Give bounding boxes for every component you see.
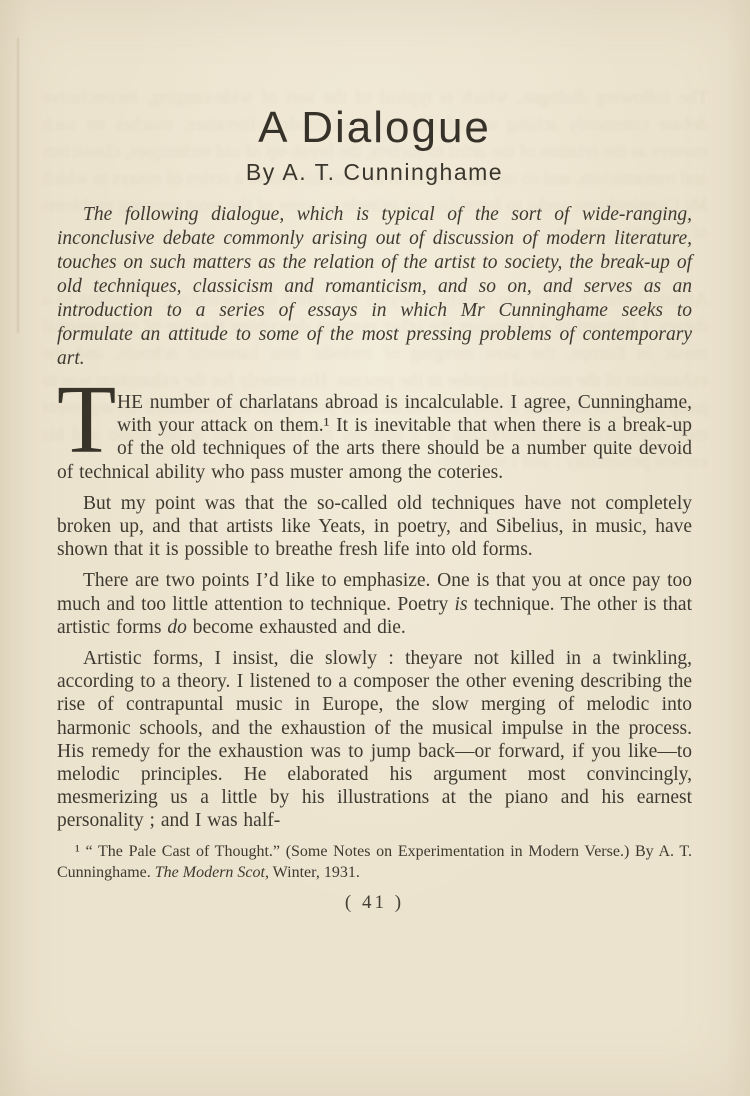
footnote-text: ¹ “ The Pale Cast of Thought.” (Some Not… <box>57 843 692 881</box>
paragraph-3-emphasis-do: do <box>167 617 187 638</box>
book-page: The following dialogue, which is typical… <box>0 0 750 1096</box>
footnote-journal-title: The Modern Scot <box>155 864 265 881</box>
dropcap-box: T <box>57 393 112 459</box>
paragraph-3: There are two points I’d like to emphasi… <box>57 569 692 639</box>
intro-paragraph: The following dialogue, which is typical… <box>57 203 692 371</box>
paragraph-3-emphasis-is: is <box>455 594 468 615</box>
byline: By A. T. Cunninghame <box>57 158 692 186</box>
paragraph-1: THE number of charlatans abroad is incal… <box>57 391 692 484</box>
paragraph-1-text: HE number of charlatans abroad is incalc… <box>57 392 692 483</box>
paragraph-4: Artistic forms, I insist, die slowly : t… <box>57 647 692 833</box>
paragraph-2: But my point was that the so-called old … <box>57 492 692 562</box>
page-number: ( 41 ) <box>57 892 692 914</box>
page-crease <box>17 38 19 333</box>
page-content: A Dialogue By A. T. Cunninghame The foll… <box>57 104 692 914</box>
footnote: ¹ “ The Pale Cast of Thought.” (Some Not… <box>57 841 692 883</box>
paragraph-3-text: become exhausted and die. <box>187 617 406 638</box>
dropcap-letter-T: T <box>57 371 116 468</box>
footnote-text: , Winter, 1931. <box>265 864 360 881</box>
page-title: A Dialogue <box>57 104 692 152</box>
